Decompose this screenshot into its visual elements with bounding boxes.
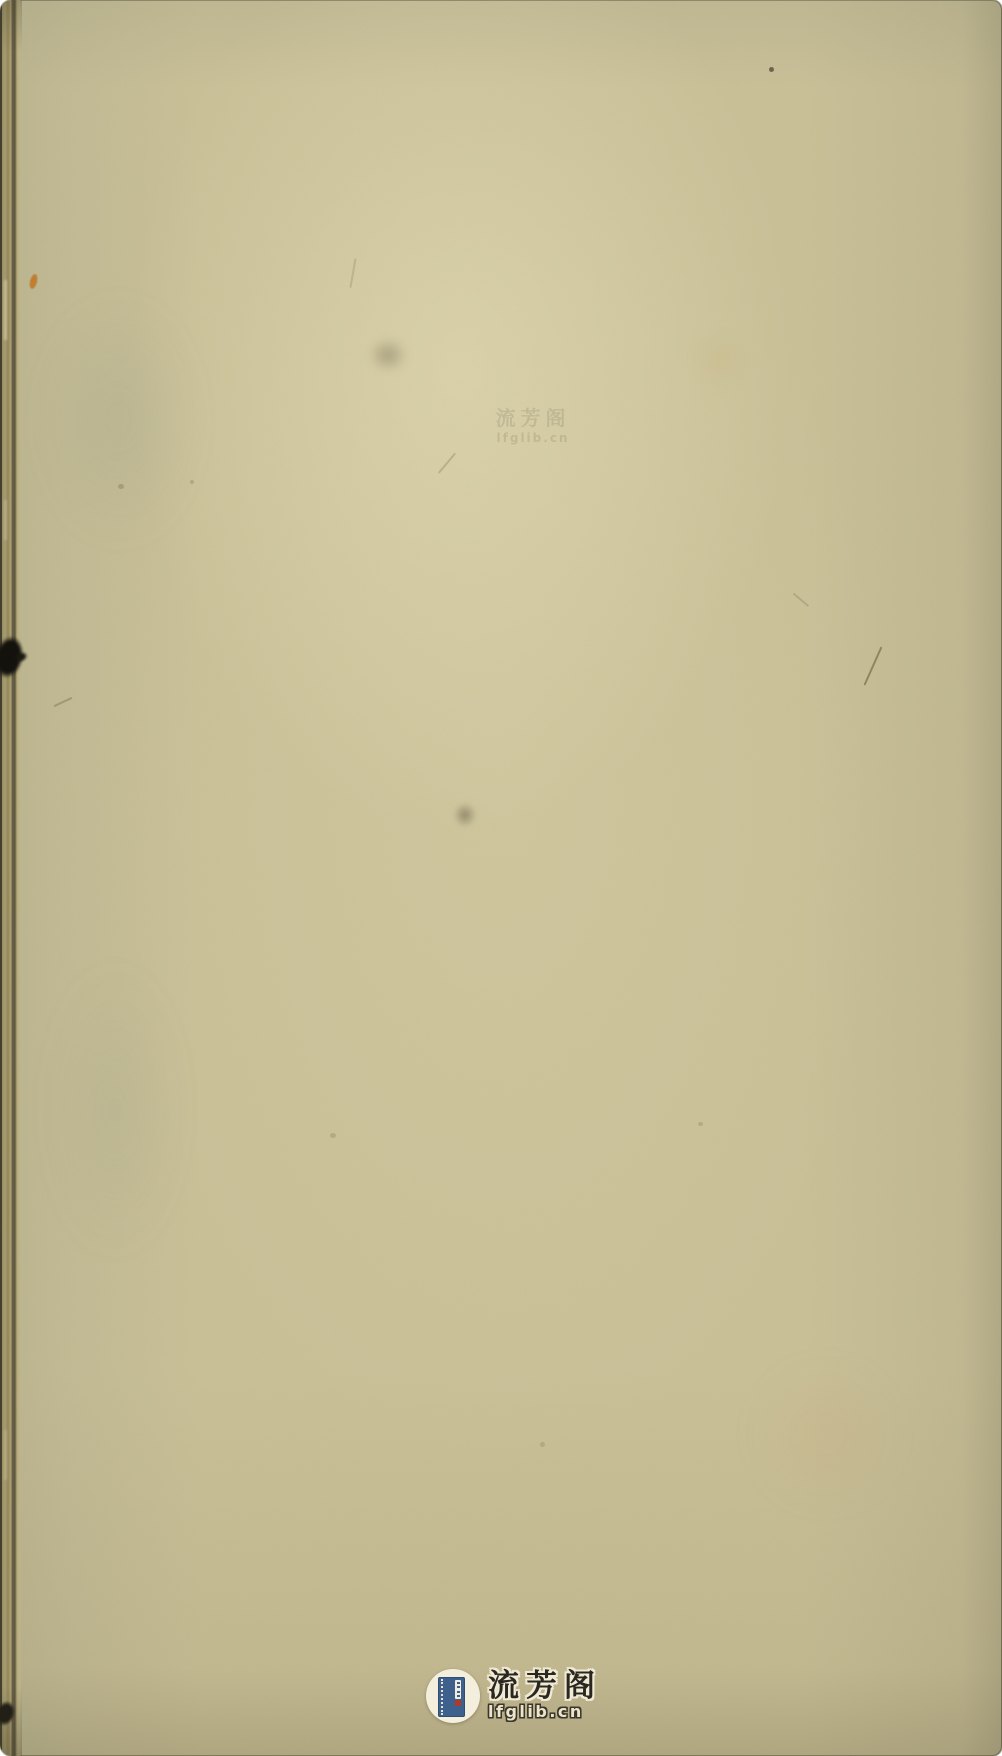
stitched-book-icon [438, 1677, 465, 1717]
scanned-page: 流芳阁 lfglib.cn 流芳阁 lfglib.cn [0, 0, 1002, 1756]
paper-grain-texture [0, 0, 1002, 1756]
faint-watermark-url: lfglib.cn [468, 431, 598, 445]
faint-watermark-brand: 流芳阁 [468, 402, 598, 431]
watermark-url: lfglib.cn [488, 1703, 602, 1721]
watermark-badge [426, 1669, 480, 1723]
faint-watermark: 流芳阁 lfglib.cn [468, 402, 598, 445]
site-watermark: 流芳阁 lfglib.cn [426, 1669, 602, 1723]
scan-viewport: 流芳阁 lfglib.cn 流芳阁 lfglib.cn [0, 0, 1002, 1756]
book-title-label [455, 1680, 461, 1699]
book-seal-mark [455, 1700, 461, 1706]
watermark-brand: 流芳阁 [488, 1671, 602, 1702]
book-stitching [441, 1679, 443, 1715]
watermark-text: 流芳阁 lfglib.cn [488, 1671, 602, 1721]
